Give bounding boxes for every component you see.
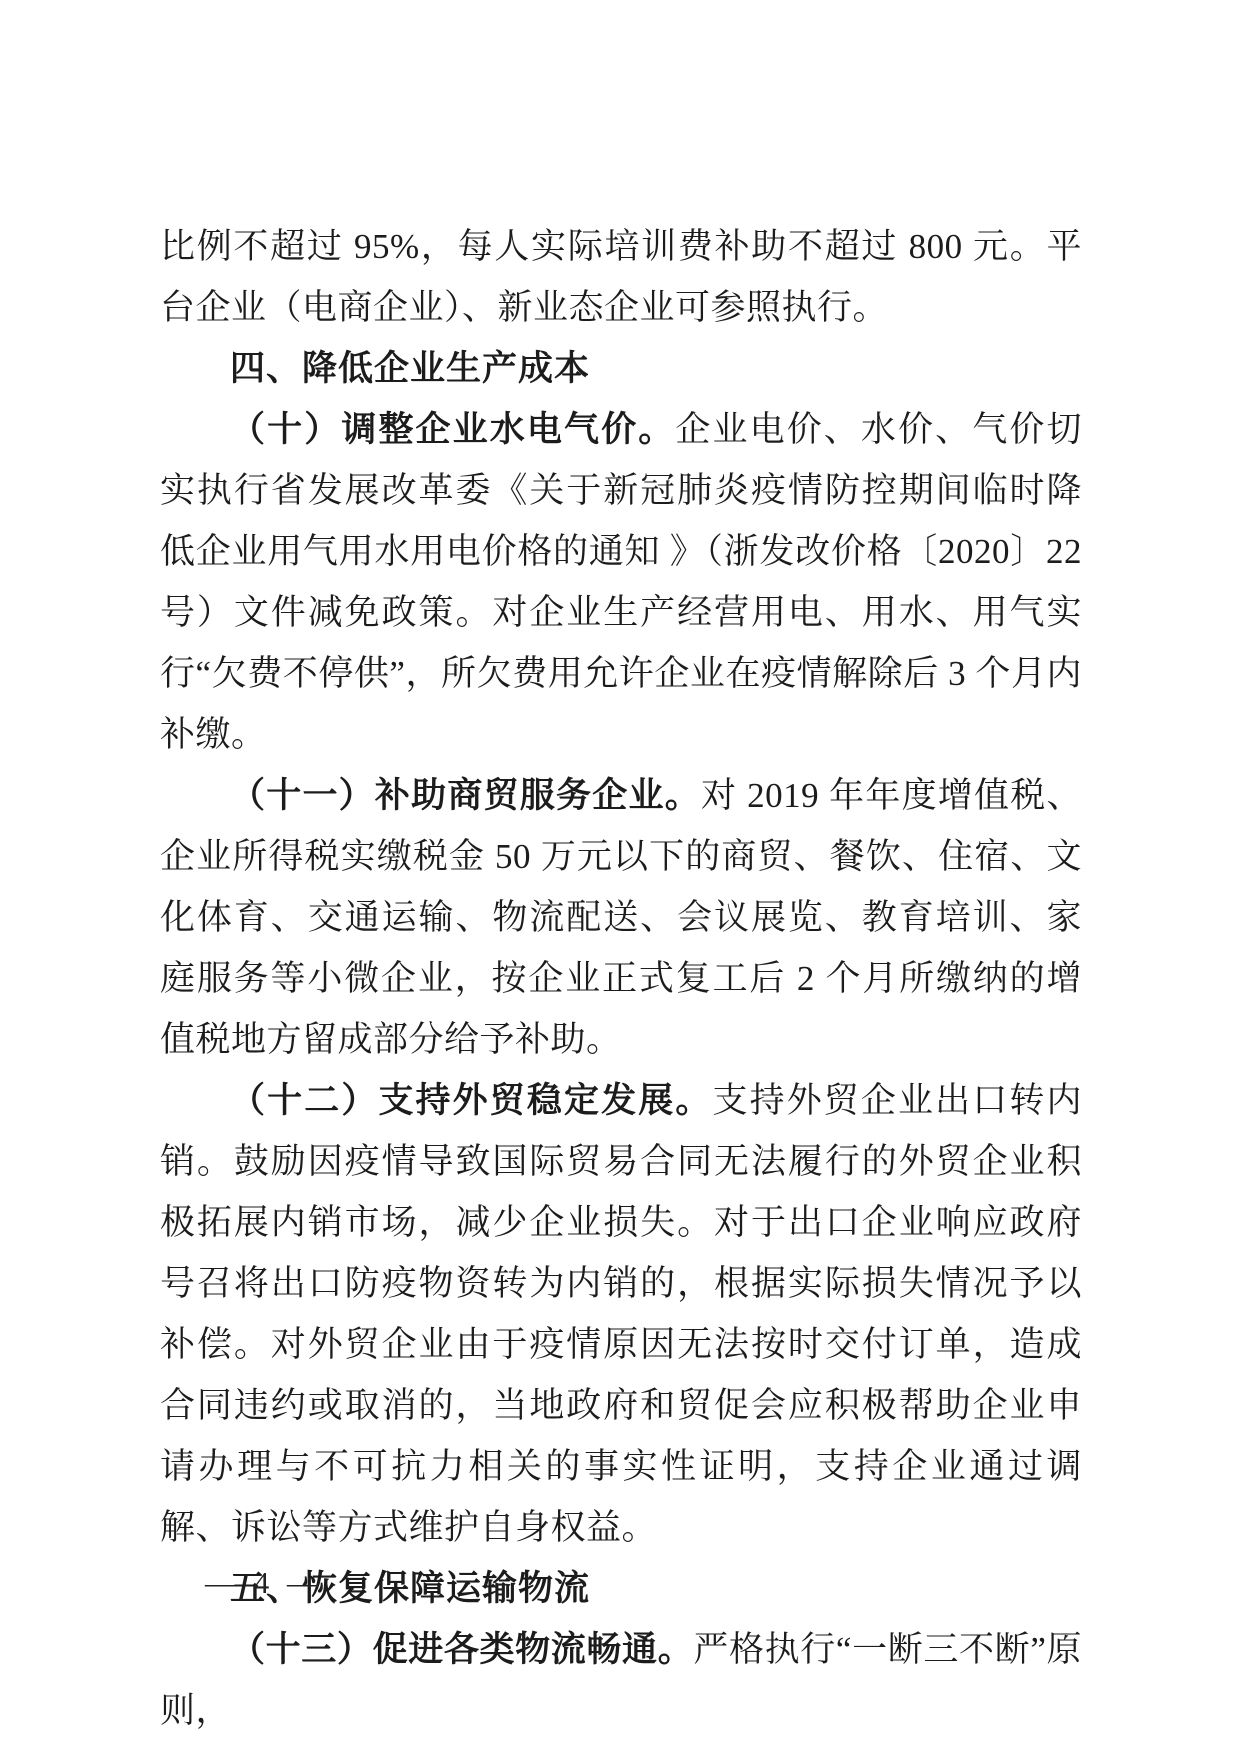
paragraph-lead: （十）调整企业水电气价。 [230,410,675,449]
paragraph-lead: （十二）支持外贸稳定发展。 [230,1081,712,1120]
paragraph-text: 对 2019 年年度增值税、企业所得税实缴税金 50 万元以下的商贸、餐饮、住宿… [160,776,1082,1059]
paragraph-lead: （十三）促进各类物流畅通。 [230,1630,693,1669]
paragraph: （十）调整企业水电气价。企业电价、水价、气价切实执行省发展改革委《关于新冠肺炎疫… [160,399,1082,765]
paragraph: （十二）支持外贸稳定发展。支持外贸企业出口转内销。鼓励因疫情导致国际贸易合同无法… [160,1070,1082,1558]
document-page: 比例不超过 95%，每人实际培训费补助不超过 800 元。平台企业（电商企业）、… [0,0,1234,1745]
section-heading: 四、降低企业生产成本 [160,338,1082,399]
paragraph-lead: （十一）补助商贸服务企业。 [230,776,701,815]
paragraph-text: 比例不超过 95%，每人实际培训费补助不超过 800 元。平台企业（电商企业）、… [160,227,1082,327]
paragraph: （十三）促进各类物流畅通。严格执行“一断三不断”原则， [160,1619,1082,1741]
paragraph-text: 企业电价、水价、气价切实执行省发展改革委《关于新冠肺炎疫情防控期间临时降低企业用… [160,410,1082,754]
paragraph-text: 支持外贸企业出口转内销。鼓励因疫情导致国际贸易合同无法履行的外贸企业积极拓展内销… [160,1081,1082,1547]
document-body: 比例不超过 95%，每人实际培训费补助不超过 800 元。平台企业（电商企业）、… [160,216,1082,1741]
page-number: — 4 — [205,1563,318,1603]
paragraph: （十一）补助商贸服务企业。对 2019 年年度增值税、企业所得税实缴税金 50 … [160,765,1082,1070]
paragraph: 比例不超过 95%，每人实际培训费补助不超过 800 元。平台企业（电商企业）、… [160,216,1082,338]
